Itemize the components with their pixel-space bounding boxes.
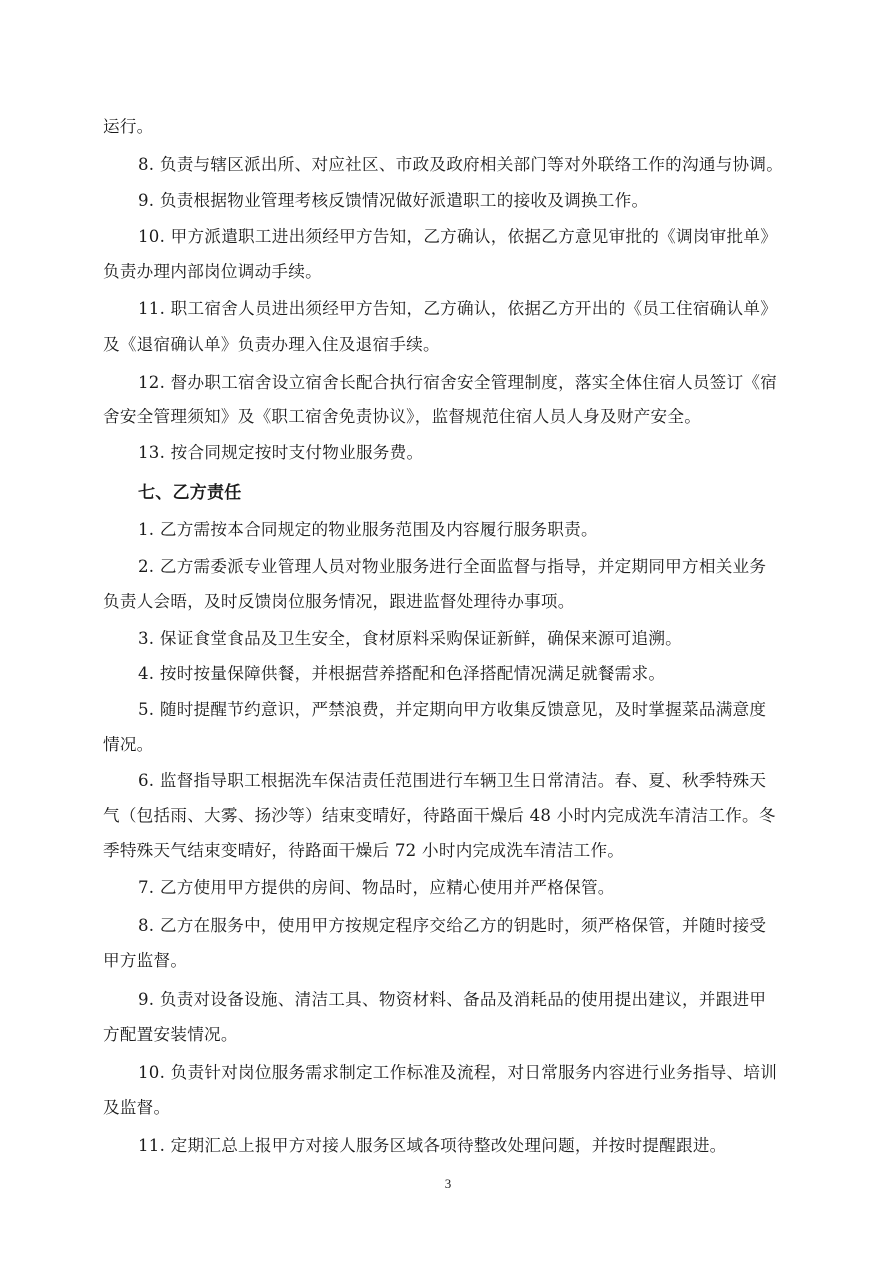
text-line: 10. 负责针对岗位服务需求制定工作标准及流程，对日常服务内容进行业务指导、培训	[138, 1058, 777, 1088]
text-line: 运行。	[103, 112, 154, 142]
text-line: 9. 负责对设备设施、清洁工具、物资材料、备品及消耗品的使用提出建议，并跟进甲	[138, 985, 766, 1015]
text-line: 8. 乙方在服务中，使用甲方按规定程序交给乙方的钥匙时，须严格保管，并随时接受	[138, 911, 766, 941]
text-line: 3. 保证食堂食品及卫生安全，食材原料采购保证新鲜，确保来源可追溯。	[138, 624, 682, 654]
text-line: 甲方监督。	[103, 946, 187, 976]
text-line: 情况。	[103, 730, 154, 760]
text-line: 及《退宿确认单》负责办理入住及退宿手续。	[103, 330, 440, 360]
text-line: 5. 随时提醒节约意识，严禁浪费，并定期向甲方收集反馈意见，及时掌握菜品满意度	[138, 695, 766, 725]
text-line: 7. 乙方使用甲方提供的房间、物品时，应精心使用并严格保管。	[138, 873, 615, 903]
text-line: 11. 定期汇总上报甲方对接人服务区域各项待整改处理问题，并按时提醒跟进。	[138, 1131, 727, 1161]
text-line: 4. 按时按量保障供餐，并根据营养搭配和色泽搭配情况满足就餐需求。	[138, 659, 665, 689]
page-number: 3	[0, 1176, 896, 1192]
text-line: 负责人会晤，及时反馈岗位服务情况，跟进监督处理待办事项。	[103, 587, 575, 617]
text-line: 6. 监督指导职工根据洗车保洁责任范围进行车辆卫生日常清洁。春、夏、秋季特殊天	[138, 766, 766, 796]
text-line: 12. 督办职工宿舍设立宿舍长配合执行宿舍安全管理制度，落实全体住宿人员签订《宿	[138, 368, 777, 398]
text-line: 10. 甲方派遣职工进出须经甲方告知，乙方确认，依据乙方意见审批的《调岗审批单》	[138, 222, 777, 252]
text-line: 13. 按合同规定按时支付物业服务费。	[138, 438, 423, 468]
text-line: 负责办理内部岗位调动手续。	[103, 257, 322, 287]
text-line: 1. 乙方需按本合同规定的物业服务范围及内容履行服务职责。	[138, 515, 598, 545]
section-heading: 七、乙方责任	[138, 478, 242, 508]
text-line: 方配置安装情况。	[103, 1020, 238, 1050]
text-line: 季特殊天气结束变晴好，待路面干燥后 72 小时内完成洗车清洁工作。	[103, 836, 624, 866]
text-line: 2. 乙方需委派专业管理人员对物业服务进行全面监督与指导，并定期同甲方相关业务	[138, 552, 766, 582]
text-line: 9. 负责根据物业管理考核反馈情况做好派遣职工的接收及调换工作。	[138, 186, 648, 216]
text-line: 及监督。	[103, 1093, 170, 1123]
text-line: 舍安全管理须知》及《职工宿舍免责协议》，监督规范住宿人员人身及财产安全。	[103, 402, 701, 432]
text-line: 8. 负责与辖区派出所、对应社区、市政及政府相关部门等对外联络工作的沟通与协调。	[138, 150, 783, 180]
text-line: 气（包括雨、大雾、扬沙等）结束变晴好，待路面干燥后 48 小时内完成洗车清洁工作…	[103, 801, 776, 831]
text-line: 11. 职工宿舍人员进出须经甲方告知，乙方确认，依据乙方开出的《员工住宿确认单》	[138, 294, 777, 324]
